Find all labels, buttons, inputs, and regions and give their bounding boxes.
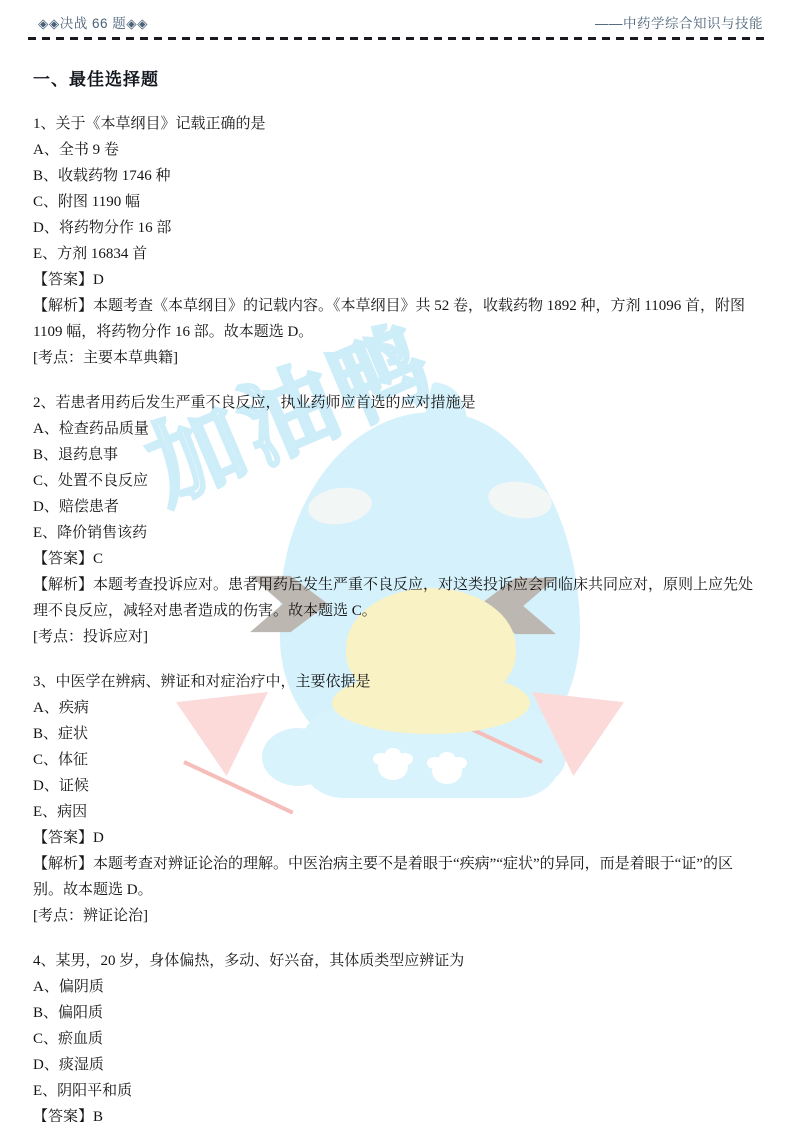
keypoint-prefix: [考点：: [33, 350, 83, 366]
option-line: D、赔偿患者: [33, 494, 760, 520]
keypoint-line: [考点：主要本草典籍]: [33, 345, 760, 371]
keypoint-text: 辨证论治: [83, 908, 143, 924]
document-page: 加油鸭 ◈◈决战 66 题◈◈ ——中药学综合知识与技能 一、最佳选择题 1、关…: [0, 0, 793, 1122]
option-line: A、偏阴质: [33, 974, 760, 1000]
answer-value: D: [93, 272, 104, 288]
analysis-label: 【解析】: [33, 856, 93, 872]
analysis-label: 【解析】: [33, 577, 93, 593]
option-line: B、症状: [33, 721, 760, 747]
questions: 1、关于《本草纲目》记载正确的是 A、全书 9 卷B、收载药物 1746 种C、…: [33, 111, 760, 1122]
keypoint-suffix: ]: [143, 908, 148, 924]
option-line: E、方剂 16834 首: [33, 241, 760, 267]
question-block: 4、某男，20 岁，身体偏热，多动、好兴奋，其体质类型应辨证为 A、偏阴质B、偏…: [33, 948, 760, 1122]
analysis-line: 【解析】本题考查对辨证论治的理解。中医治病主要不是着眼于“疾病”“症状”的异同，…: [33, 851, 760, 903]
answer-label: 【答案】: [33, 1109, 93, 1122]
option-line: C、处置不良反应: [33, 468, 760, 494]
analysis-label: 【解析】: [33, 298, 93, 314]
answer-line: 【答案】B: [33, 1104, 760, 1122]
option-line: A、检查药品质量: [33, 416, 760, 442]
option-list: A、偏阴质B、偏阳质C、瘀血质D、痰湿质E、阴阳平和质: [33, 974, 760, 1104]
option-line: D、痰湿质: [33, 1052, 760, 1078]
option-line: D、证候: [33, 773, 760, 799]
page-header: ◈◈决战 66 题◈◈ ——中药学综合知识与技能: [0, 0, 793, 32]
option-line: A、全书 9 卷: [33, 137, 760, 163]
analysis-text: 本题考查对辨证论治的理解。中医治病主要不是着眼于“疾病”“症状”的异同，而是着眼…: [33, 856, 733, 898]
answer-label: 【答案】: [33, 830, 93, 846]
keypoint-text: 投诉应对: [83, 629, 143, 645]
answer-line: 【答案】D: [33, 267, 760, 293]
option-line: B、退药息事: [33, 442, 760, 468]
option-line: C、附图 1190 幅: [33, 189, 760, 215]
header-right-title: ——中药学综合知识与技能: [595, 12, 763, 32]
option-list: A、全书 9 卷B、收载药物 1746 种C、附图 1190 幅D、将药物分作 …: [33, 137, 760, 267]
option-line: B、收载药物 1746 种: [33, 163, 760, 189]
keypoint-prefix: [考点：: [33, 629, 83, 645]
option-line: C、体征: [33, 747, 760, 773]
keypoint-line: [考点：辨证论治]: [33, 903, 760, 929]
option-line: A、疾病: [33, 695, 760, 721]
option-line: E、阴阳平和质: [33, 1078, 760, 1104]
analysis-line: 【解析】本题考查投诉应对。患者用药后发生严重不良反应，对这类投诉应会同临床共同应…: [33, 572, 760, 624]
question-stem: 2、若患者用药后发生严重不良反应，执业药师应首选的应对措施是: [33, 390, 760, 416]
question-stem: 1、关于《本草纲目》记载正确的是: [33, 111, 760, 137]
answer-value: B: [93, 1109, 103, 1122]
header-left-title: ◈◈决战 66 题◈◈: [38, 12, 148, 32]
option-line: C、瘀血质: [33, 1026, 760, 1052]
answer-value: C: [93, 551, 103, 567]
main-content: 一、最佳选择题 1、关于《本草纲目》记载正确的是 A、全书 9 卷B、收载药物 …: [0, 66, 793, 1122]
question-stem: 4、某男，20 岁，身体偏热，多动、好兴奋，其体质类型应辨证为: [33, 948, 760, 974]
answer-value: D: [93, 830, 104, 846]
question-block: 3、中医学在辨病、辨证和对症治疗中，主要依据是 A、疾病B、症状C、体征D、证候…: [33, 669, 760, 929]
option-list: A、疾病B、症状C、体征D、证候E、病因: [33, 695, 760, 825]
option-line: E、病因: [33, 799, 760, 825]
keypoint-line: [考点：投诉应对]: [33, 624, 760, 650]
option-line: B、偏阳质: [33, 1000, 760, 1026]
analysis-line: 【解析】本题考查《本草纲目》的记载内容。《本草纲目》共 52 卷，收载药物 18…: [33, 293, 760, 345]
question-stem: 3、中医学在辨病、辨证和对症治疗中，主要依据是: [33, 669, 760, 695]
keypoint-suffix: ]: [173, 350, 178, 366]
option-line: E、降价销售该药: [33, 520, 760, 546]
analysis-text: 本题考查《本草纲目》的记载内容。《本草纲目》共 52 卷，收载药物 1892 种…: [33, 298, 745, 340]
question-block: 1、关于《本草纲目》记载正确的是 A、全书 9 卷B、收载药物 1746 种C、…: [33, 111, 760, 371]
answer-label: 【答案】: [33, 551, 93, 567]
question-block: 2、若患者用药后发生严重不良反应，执业药师应首选的应对措施是 A、检查药品质量B…: [33, 390, 760, 650]
analysis-text: 本题考查投诉应对。患者用药后发生严重不良反应，对这类投诉应会同临床共同应对，原则…: [33, 577, 753, 619]
section-title: 一、最佳选择题: [33, 66, 760, 94]
keypoint-suffix: ]: [143, 629, 148, 645]
option-list: A、检查药品质量B、退药息事C、处置不良反应D、赔偿患者E、降价销售该药: [33, 416, 760, 546]
keypoint-prefix: [考点：: [33, 908, 83, 924]
answer-line: 【答案】D: [33, 825, 760, 851]
dashed-divider: [28, 37, 765, 40]
answer-label: 【答案】: [33, 272, 93, 288]
option-line: D、将药物分作 16 部: [33, 215, 760, 241]
keypoint-text: 主要本草典籍: [83, 350, 173, 366]
answer-line: 【答案】C: [33, 546, 760, 572]
